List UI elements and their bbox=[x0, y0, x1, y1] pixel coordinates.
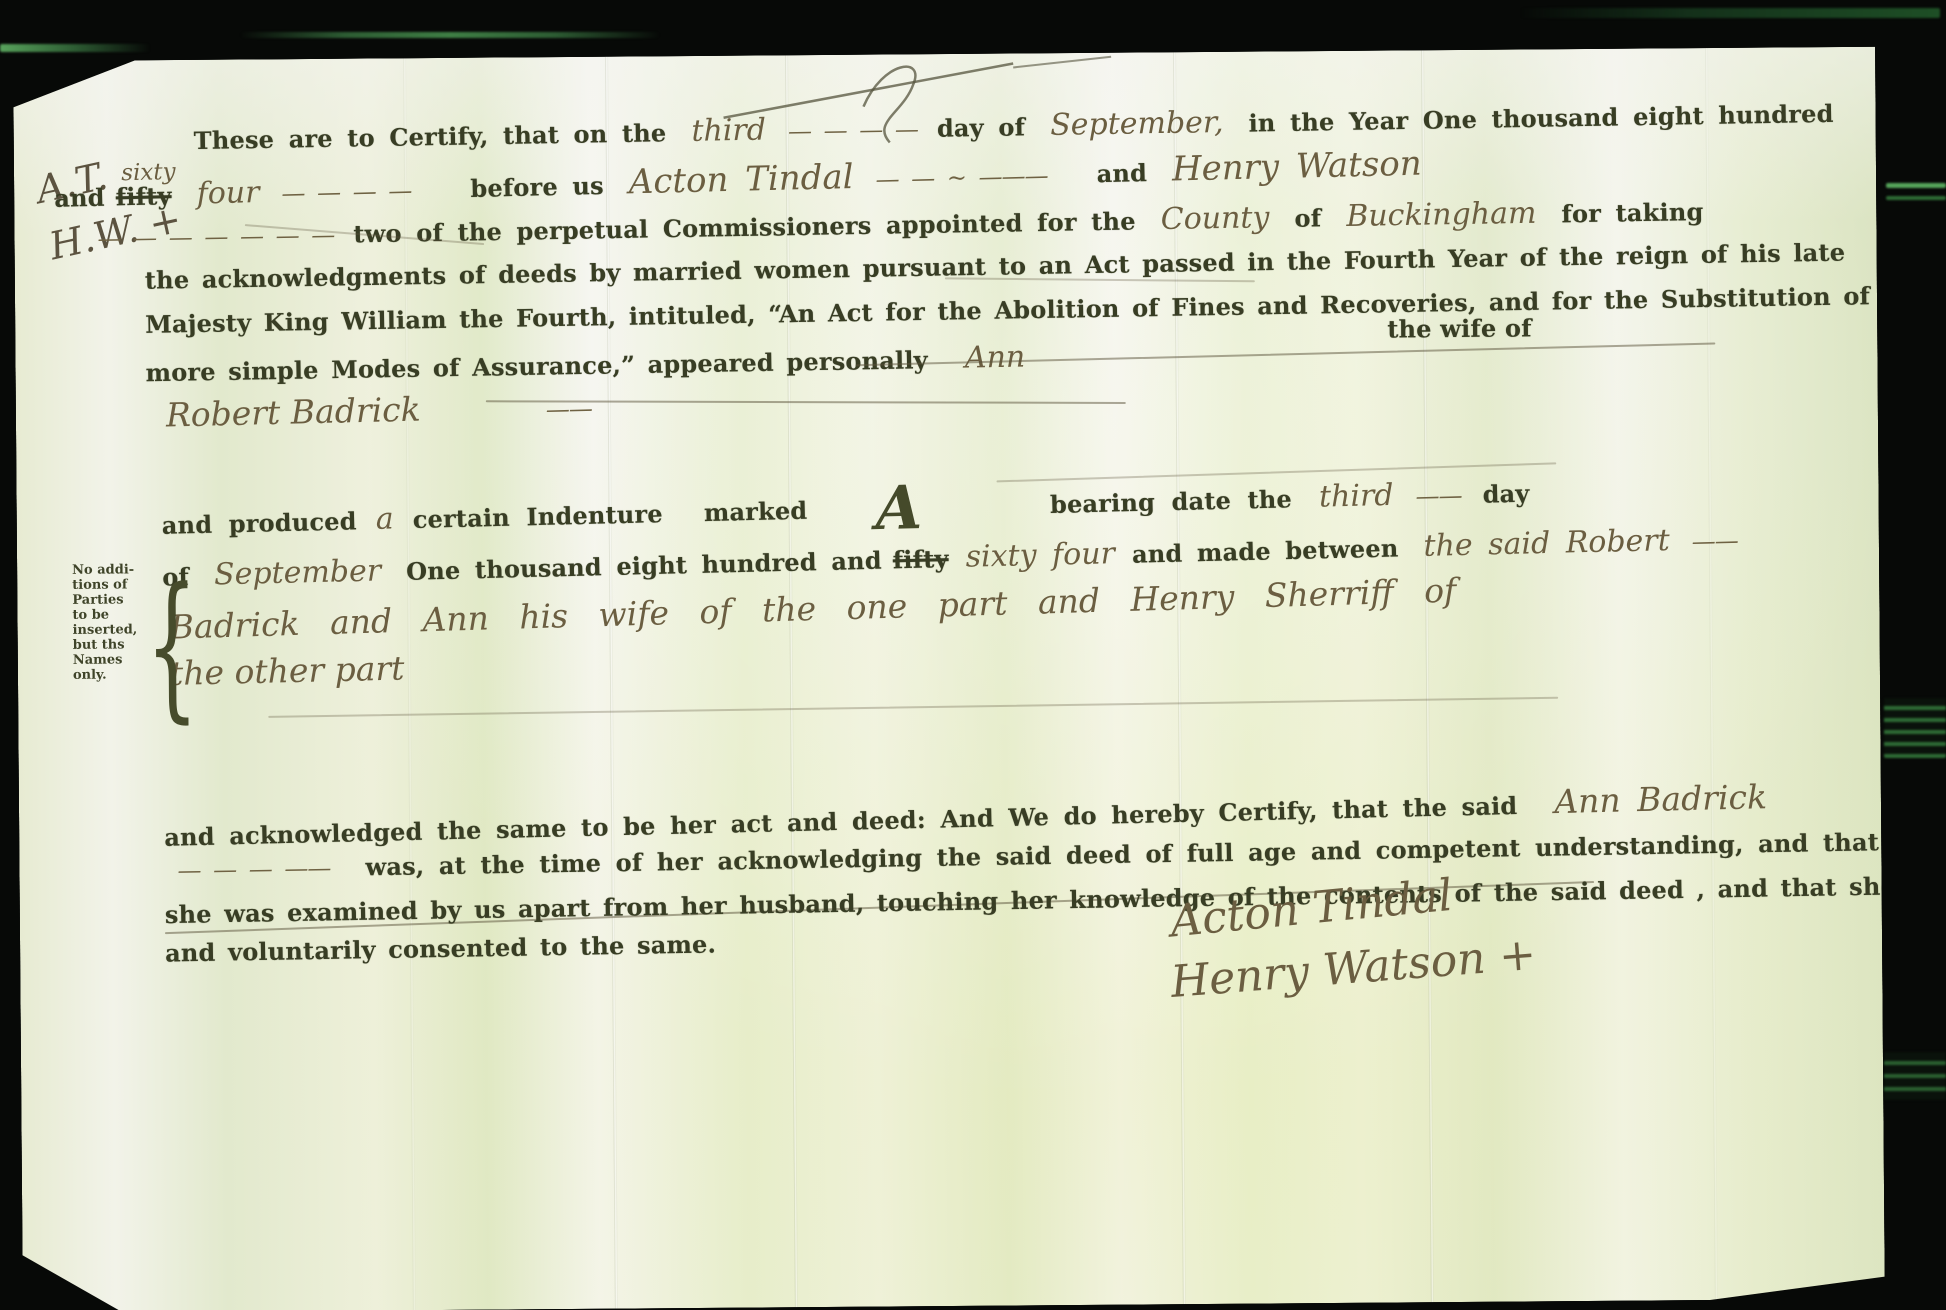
handwritten-shire: Buckingham bbox=[1346, 196, 1537, 234]
handwritten-first-name: Ann bbox=[965, 340, 1026, 376]
scanner-streak bbox=[1886, 183, 1946, 188]
note-line: Parties bbox=[72, 592, 150, 608]
scanner-streak bbox=[1886, 196, 1946, 200]
note-line: to be bbox=[72, 607, 150, 623]
handwritten-husband-name: Robert Badrick bbox=[165, 390, 421, 435]
printed-text: day bbox=[1482, 479, 1530, 509]
printed-text: and made between bbox=[1132, 533, 1399, 568]
printed-text: These are to Certify, that on the bbox=[194, 118, 667, 155]
fold-crease bbox=[1173, 52, 1186, 1304]
handwritten-year: four bbox=[196, 175, 260, 211]
handwritten-county: County bbox=[1160, 200, 1269, 237]
note-line: only. bbox=[73, 667, 151, 683]
line-wife-of: the wife of bbox=[1387, 313, 1532, 343]
printed-text: in the Year One thousand eight hundred bbox=[1248, 99, 1833, 138]
fold-crease bbox=[1705, 48, 1718, 1300]
margin-note-brace: { bbox=[145, 555, 199, 738]
note-line: No addi- bbox=[72, 562, 150, 578]
note-line: Names bbox=[73, 652, 151, 668]
printed-text: and produced bbox=[162, 506, 358, 540]
paper-sheet: A.T. H.W. + These are to Certify, that o… bbox=[13, 47, 1885, 1310]
struck-word: fifty bbox=[892, 544, 948, 574]
printed-text: One thousand eight hundred and bbox=[406, 546, 882, 586]
printed-text: and bbox=[1096, 158, 1147, 188]
pen-dash: — — — — bbox=[788, 115, 918, 145]
printed-text: bearing date the bbox=[1050, 484, 1293, 519]
pen-dash: — — — — — — — bbox=[97, 221, 334, 253]
printed-text: of bbox=[1294, 203, 1321, 232]
note-line: tions of bbox=[72, 577, 150, 593]
margin-note: No addi- tions of Parties to be inserted… bbox=[72, 562, 151, 683]
handwritten-month: September, bbox=[1050, 105, 1224, 143]
line-other-part: the other part bbox=[169, 648, 404, 693]
handwritten-deponent: Ann Badrick bbox=[1554, 777, 1768, 821]
pen-rule bbox=[268, 697, 1558, 718]
handwritten-exhibit-mark: A bbox=[875, 473, 923, 544]
printed-text: for taking bbox=[1561, 197, 1703, 228]
printed-text: before us bbox=[470, 171, 604, 203]
printed-text: certain Indenture bbox=[412, 499, 663, 534]
pen-dash: —— bbox=[1415, 481, 1462, 510]
handwritten-correction: sixty bbox=[121, 159, 176, 186]
scanner-streak bbox=[240, 32, 660, 38]
handwritten-date-day: third bbox=[1319, 478, 1394, 515]
handwritten-year: sixty four bbox=[965, 536, 1115, 575]
pen-dash: —— bbox=[545, 395, 592, 424]
pen-dash: — — — —— bbox=[177, 854, 330, 885]
scanner-streak bbox=[1520, 8, 1940, 18]
printed-text: and voluntarily consented to the same. bbox=[165, 929, 716, 967]
handwritten-commissioner-2: Henry Watson bbox=[1172, 144, 1423, 190]
handwritten-month: September bbox=[214, 553, 382, 592]
handwritten-commissioner-1: Acton Tindal bbox=[628, 157, 854, 202]
line-consented: and voluntarily consented to the same. bbox=[165, 929, 716, 967]
printed-text: day of bbox=[937, 112, 1026, 142]
scanner-streak bbox=[1884, 1052, 1946, 1100]
scanner-streak bbox=[0, 44, 150, 52]
handwritten-day: third bbox=[691, 113, 766, 149]
scanned-deed-document: A.T. H.W. + These are to Certify, that o… bbox=[0, 0, 1946, 1310]
brace-glyph: { bbox=[145, 555, 199, 738]
pen-dash: — — — — bbox=[281, 176, 412, 207]
handwritten-party-1: the said Robert bbox=[1423, 523, 1670, 564]
handwritten-article: a bbox=[375, 501, 394, 536]
pen-dash: — — ~ ——— bbox=[875, 161, 1048, 193]
handwritten-other-part: the other part bbox=[169, 648, 404, 693]
pen-dash: —— bbox=[1691, 526, 1738, 555]
line-husband-name: Robert Badrick —— bbox=[165, 385, 600, 434]
note-line: but ths bbox=[73, 637, 151, 653]
note-line: inserted, bbox=[73, 622, 151, 638]
printed-text: marked bbox=[704, 496, 808, 527]
printed-text: more simple Modes of Assurance,” appeare… bbox=[145, 345, 928, 387]
printed-text: and bbox=[54, 183, 105, 213]
printed-text: the wife of bbox=[1387, 313, 1532, 343]
scanner-streak bbox=[1884, 698, 1946, 758]
fold-crease bbox=[1421, 50, 1434, 1302]
